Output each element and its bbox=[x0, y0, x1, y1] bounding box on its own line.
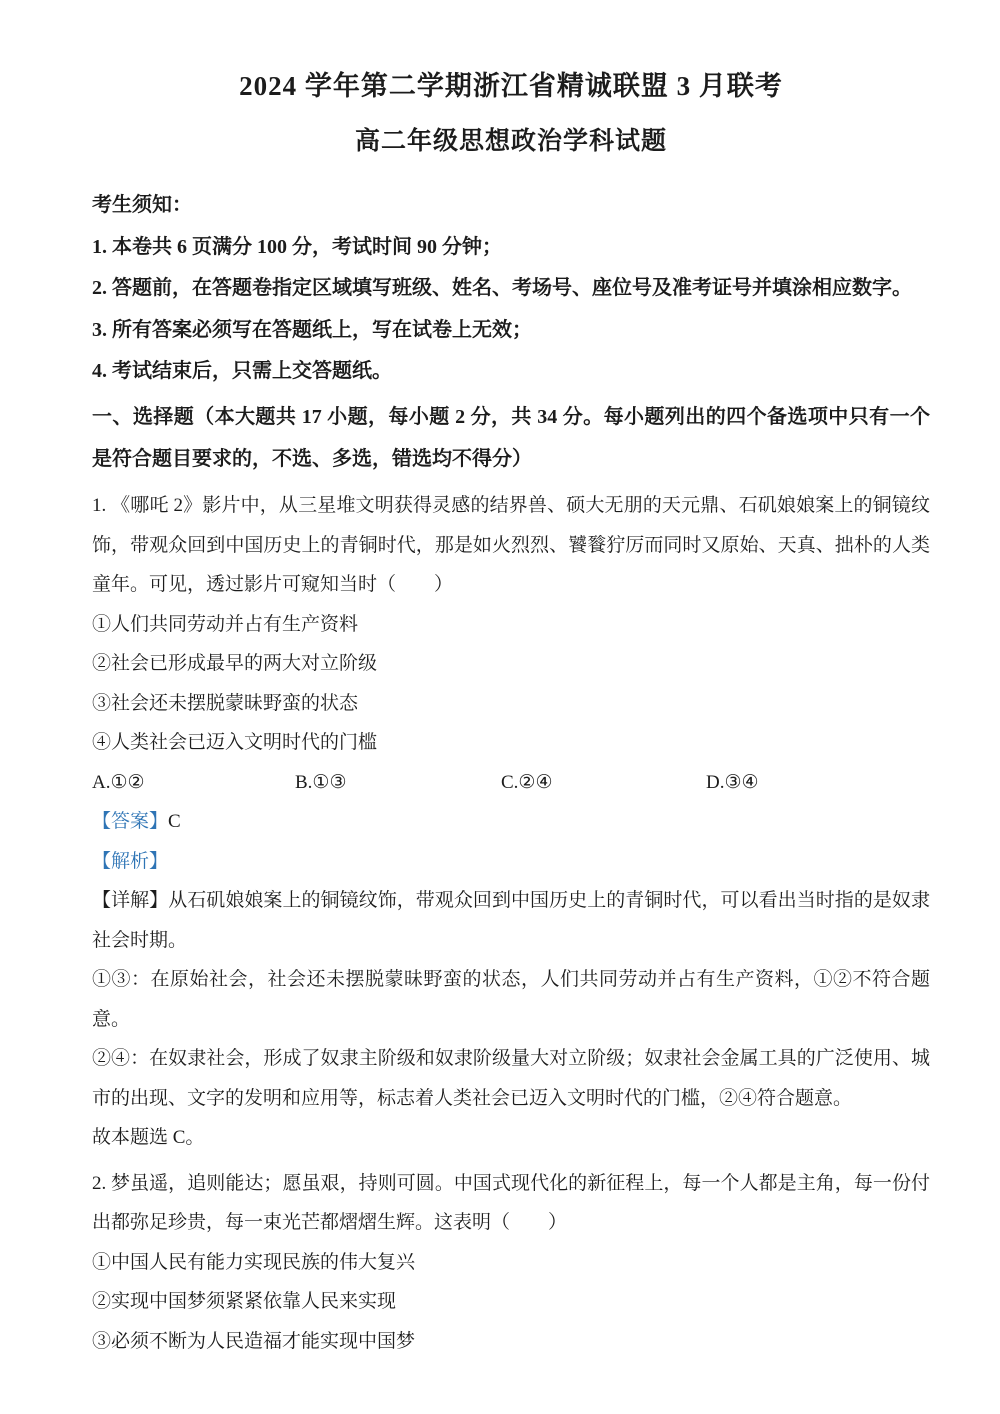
exam-paper-page: 2024 学年第二学期浙江省精诚联盟 3 月联考 高二年级思想政治学科试题 考生… bbox=[0, 0, 1000, 1414]
detail-point-2: ②④：在奴隶社会，形成了奴隶主阶级和奴隶阶级量大对立阶级；奴隶社会金属工具的广泛… bbox=[92, 1039, 930, 1118]
answer-line: 【答案】C bbox=[92, 802, 930, 842]
notice-heading: 考生须知： bbox=[92, 185, 930, 227]
notice-item-1: 1. 本卷共 6 页满分 100 分，考试时间 90 分钟； bbox=[92, 227, 930, 269]
choice-c: C.②④ bbox=[501, 763, 706, 803]
question-1-option-2: ②社会已形成最早的两大对立阶级 bbox=[92, 644, 930, 684]
conclusion-line: 故本题选 C。 bbox=[92, 1118, 930, 1158]
answer-value: C bbox=[168, 811, 181, 832]
question-1-stem: 1. 《哪吒 2》影片中，从三星堆文明获得灵感的结界兽、硕大无朋的天元鼎、石矶娘… bbox=[92, 486, 930, 605]
exam-subtitle: 高二年级思想政治学科试题 bbox=[92, 126, 930, 159]
choice-b: B.①③ bbox=[295, 763, 501, 803]
question-2-stem: 2. 梦虽遥，追则能达；愿虽艰，持则可圆。中国式现代化的新征程上，每一个人都是主… bbox=[92, 1164, 930, 1243]
notice-block: 考生须知： 1. 本卷共 6 页满分 100 分，考试时间 90 分钟； 2. … bbox=[92, 185, 930, 393]
question-1: 1. 《哪吒 2》影片中，从三星堆文明获得灵感的结界兽、硕大无朋的天元鼎、石矶娘… bbox=[92, 486, 930, 1158]
question-2-option-1: ①中国人民有能力实现民族的伟大复兴 bbox=[92, 1243, 930, 1283]
analysis-line: 【解析】 bbox=[92, 842, 930, 882]
answer-label: 【答案】 bbox=[92, 811, 168, 832]
choice-d: D.③④ bbox=[706, 763, 886, 803]
question-1-option-1: ①人们共同劳动并占有生产资料 bbox=[92, 605, 930, 645]
detail-label: 【详解】 bbox=[92, 890, 168, 911]
question-1-option-4: ④人类社会已迈入文明时代的门槛 bbox=[92, 723, 930, 763]
choice-a: A.①② bbox=[92, 763, 295, 803]
question-1-choices-row: A.①② B.①③ C.②④ D.③④ bbox=[92, 763, 930, 803]
section-heading: 一、选择题（本大题共 17 小题，每小题 2 分，共 34 分。每小题列出的四个… bbox=[92, 397, 930, 480]
detail-text: 从石矶娘娘案上的铜镜纹饰，带观众回到中国历史上的青铜时代，可以看出当时指的是奴隶… bbox=[92, 890, 930, 951]
notice-item-4: 4. 考试结束后，只需上交答题纸。 bbox=[92, 351, 930, 393]
notice-item-3: 3. 所有答案必须写在答题纸上，写在试卷上无效； bbox=[92, 310, 930, 352]
detail-paragraph: 【详解】从石矶娘娘案上的铜镜纹饰，带观众回到中国历史上的青铜时代，可以看出当时指… bbox=[92, 881, 930, 960]
question-2-option-3: ③必须不断为人民造福才能实现中国梦 bbox=[92, 1322, 930, 1362]
exam-title: 2024 学年第二学期浙江省精诚联盟 3 月联考 bbox=[92, 68, 930, 104]
analysis-label: 【解析】 bbox=[92, 851, 168, 872]
detail-point-1: ①③：在原始社会，社会还未摆脱蒙昧野蛮的状态，人们共同劳动并占有生产资料，①②不… bbox=[92, 960, 930, 1039]
question-2-option-2: ②实现中国梦须紧紧依靠人民来实现 bbox=[92, 1282, 930, 1322]
question-2: 2. 梦虽遥，追则能达；愿虽艰，持则可圆。中国式现代化的新征程上，每一个人都是主… bbox=[92, 1164, 930, 1362]
question-1-option-3: ③社会还未摆脱蒙昧野蛮的状态 bbox=[92, 684, 930, 724]
notice-item-2: 2. 答题前，在答题卷指定区域填写班级、姓名、考场号、座位号及准考证号并填涂相应… bbox=[92, 268, 930, 310]
